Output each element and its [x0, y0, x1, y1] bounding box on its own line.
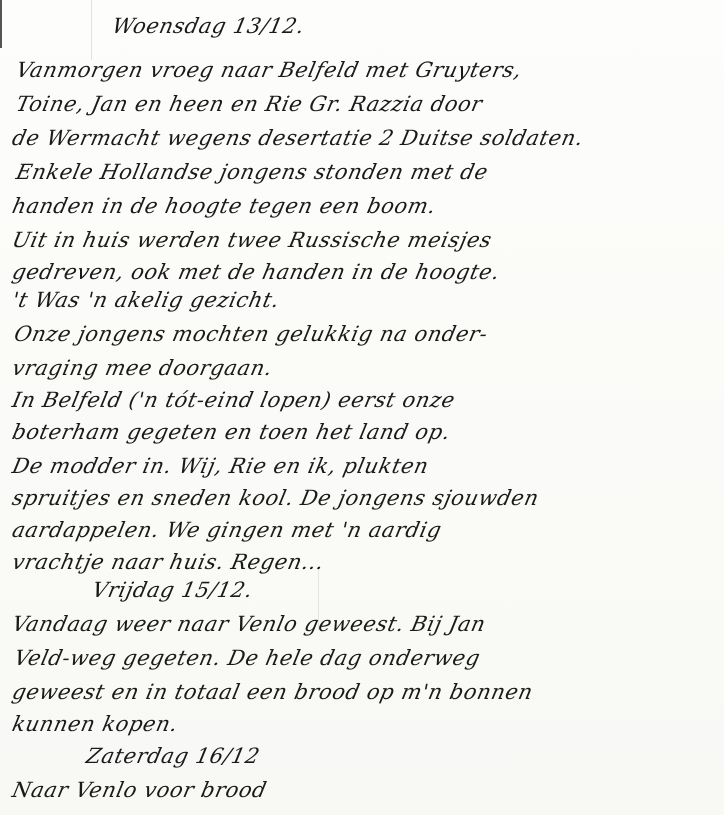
diary-line: de Wermacht wegens desertatie 2 Duitse s…	[10, 126, 586, 150]
diary-line: Vanmorgen vroeg naar Belfeld met Gruyter…	[14, 58, 524, 82]
diary-line: Naar Venlo voor brood	[10, 778, 269, 802]
diary-line: Onze jongens mochten gelukkig na onder-	[12, 322, 490, 346]
diary-line: vraging mee doorgaan.	[10, 356, 275, 380]
diary-line: handen in de hoogte tegen een boom.	[10, 194, 438, 218]
diary-line: 't Was 'n akelig gezicht.	[10, 288, 282, 312]
diary-line: boterham gegeten en toen het land op.	[10, 420, 453, 444]
diary-line: gedreven, ook met de handen in de hoogte…	[10, 260, 502, 284]
diary-line: spruitjes en sneden kool. De jongens sjo…	[10, 486, 541, 510]
diary-line: geweest en in totaal een brood op m'n bo…	[10, 680, 535, 704]
entry-heading-saturday: Zaterdag 16/12	[84, 744, 262, 768]
entry-heading-wednesday: Woensdag 13/12.	[110, 14, 307, 38]
scan-edge-mark	[0, 0, 2, 48]
diary-line: Vandaag weer naar Venlo geweest. Bij Jan	[10, 612, 488, 636]
paper-fold-line	[91, 0, 92, 60]
diary-line: kunnen kopen.	[10, 712, 180, 736]
diary-line: In Belfeld ('n tót-eind lopen) eerst onz…	[10, 388, 457, 412]
diary-line: Veld-weg gegeten. De hele dag onderweg	[12, 646, 483, 670]
diary-line: De modder in. Wij, Rie en ik, plukten	[10, 454, 431, 478]
diary-line: vrachtje naar huis. Regen...	[10, 550, 327, 574]
diary-line: aardappelen. We gingen met 'n aardig	[10, 518, 444, 542]
diary-line: Enkele Hollandse jongens stonden met de	[14, 160, 490, 184]
diary-page: Woensdag 13/12. Vanmorgen vroeg naar Bel…	[0, 0, 724, 815]
diary-line: Uit in huis werden twee Russische meisje…	[10, 228, 494, 252]
diary-line: Toine, Jan en heen en Rie Gr. Razzia doo…	[14, 92, 485, 116]
entry-heading-friday: Vrijdag 15/12.	[90, 578, 255, 602]
